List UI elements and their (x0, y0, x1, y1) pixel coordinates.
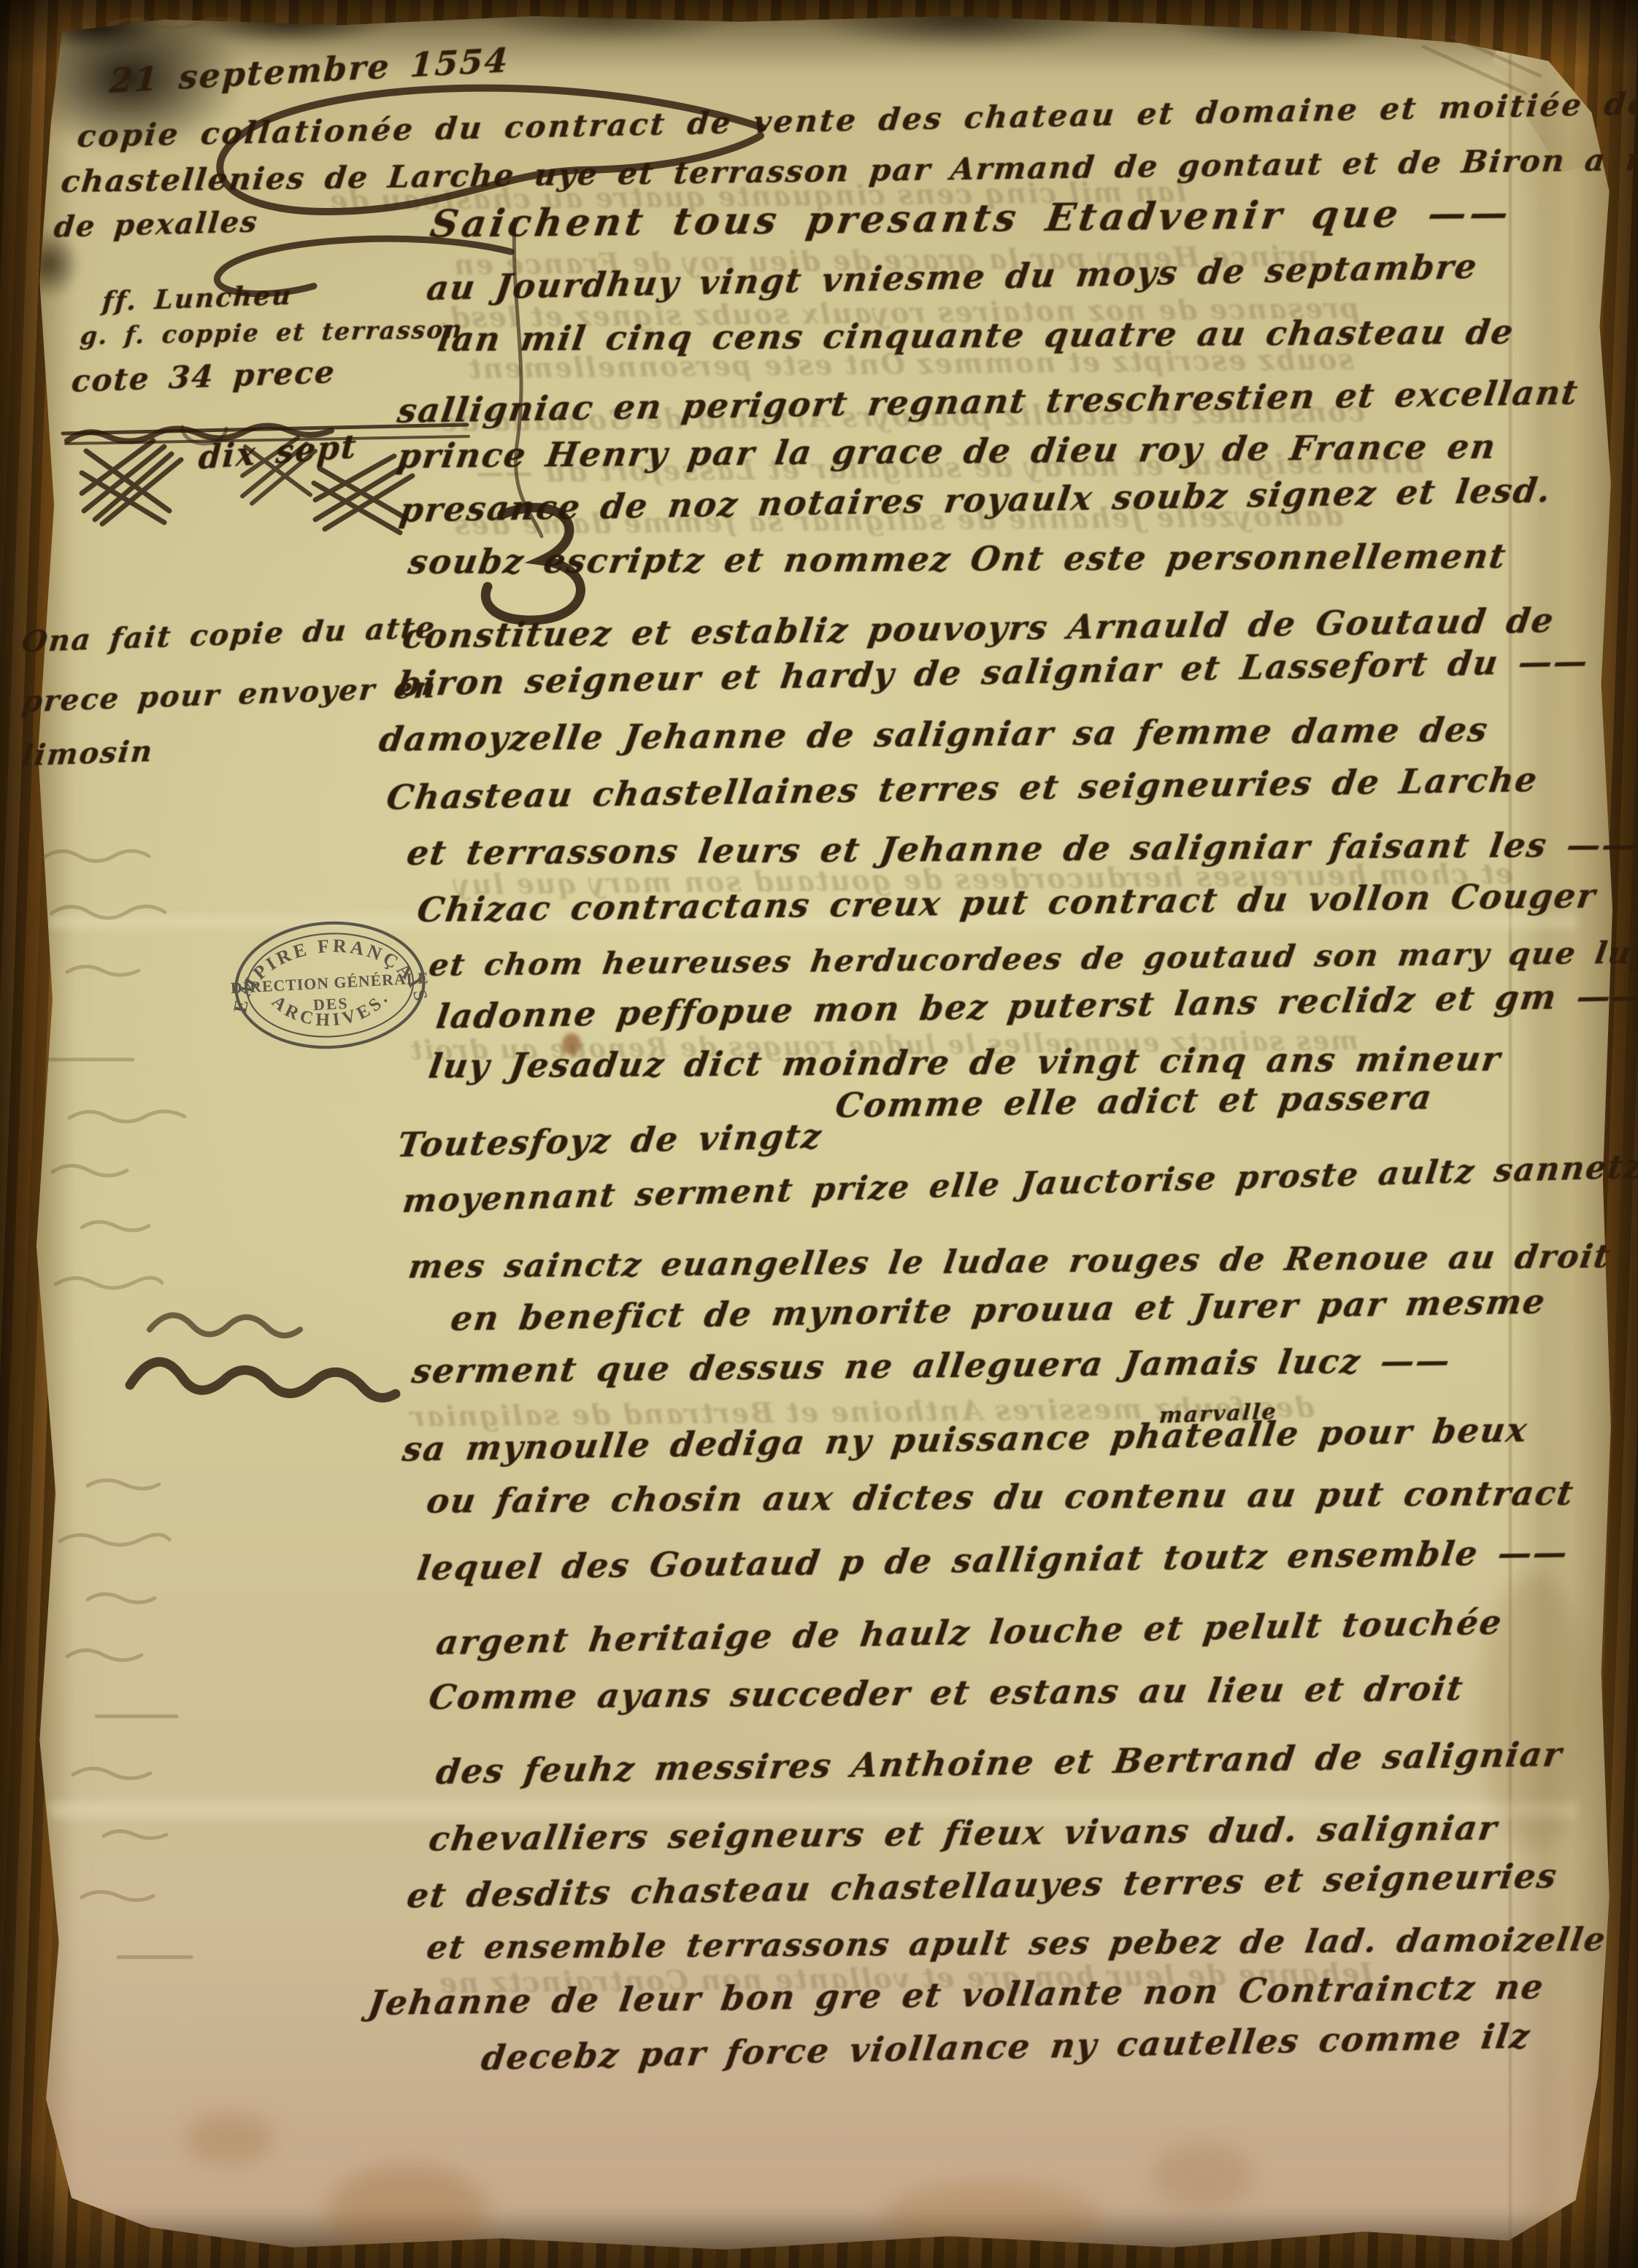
manuscript-line: Comme elle adict et passera (834, 1081, 1435, 1123)
stain (882, 2183, 1101, 2256)
header-line: de pexalles (53, 208, 260, 242)
bottom-edge-shadow (20, 2210, 1620, 2264)
manuscript-line: damoyzelle Jehanne de saligniar sa femme… (377, 713, 1491, 756)
manuscript-line: Toutesfoyz de vingtz (396, 1119, 825, 1162)
manuscript-line: ou faire chosin aux dictes du contenu au… (425, 1476, 1577, 1518)
stain (327, 2164, 488, 2259)
manuscript-line: prince Henry par la grace de dieu roy de… (396, 430, 1499, 473)
manuscript-line: Saichent tous presants Etadvenir que —— (428, 194, 1514, 244)
stain (185, 2113, 273, 2164)
manuscript-line: lan mil cinq cens cinquante quatre au ch… (436, 315, 1517, 356)
manuscript-line: soubz escriptz et nommez Ont este person… (406, 539, 1509, 579)
left-edge-shading (20, 12, 74, 2256)
manuscript-line: luy Jesaduz dict moindre de vingt cinq a… (427, 1042, 1504, 1083)
right-deckle-edge (1510, 12, 1620, 2256)
wood-table-background: lan mil cinq cens cinquante quatre au ch… (0, 0, 1638, 2268)
margin-note: ff. Luncheu (101, 282, 293, 315)
manuscript-line: serment que dessus ne alleguera Jamais l… (410, 1343, 1453, 1388)
manuscript-line: et ensemble terrassons apult ses pebez d… (425, 1924, 1609, 1964)
margin-note: g. f. coppie et terrasson (80, 317, 464, 348)
stain (1152, 2142, 1254, 2208)
manuscript-line: Comme ayans succeder et estans au lieu e… (427, 1672, 1466, 1714)
margin-note: cote 34 prece (71, 357, 337, 397)
manuscript-line: chevalliers seigneurs et fieux vivans du… (427, 1811, 1501, 1856)
margin-note: limosin (20, 737, 155, 771)
archive-stamp: EMPIRE FRANÇAIS DIRECTION GÉNÉRALE DES A… (224, 907, 436, 1063)
manuscript-line: et terrassons leurs et Jehanne de salign… (405, 828, 1638, 870)
